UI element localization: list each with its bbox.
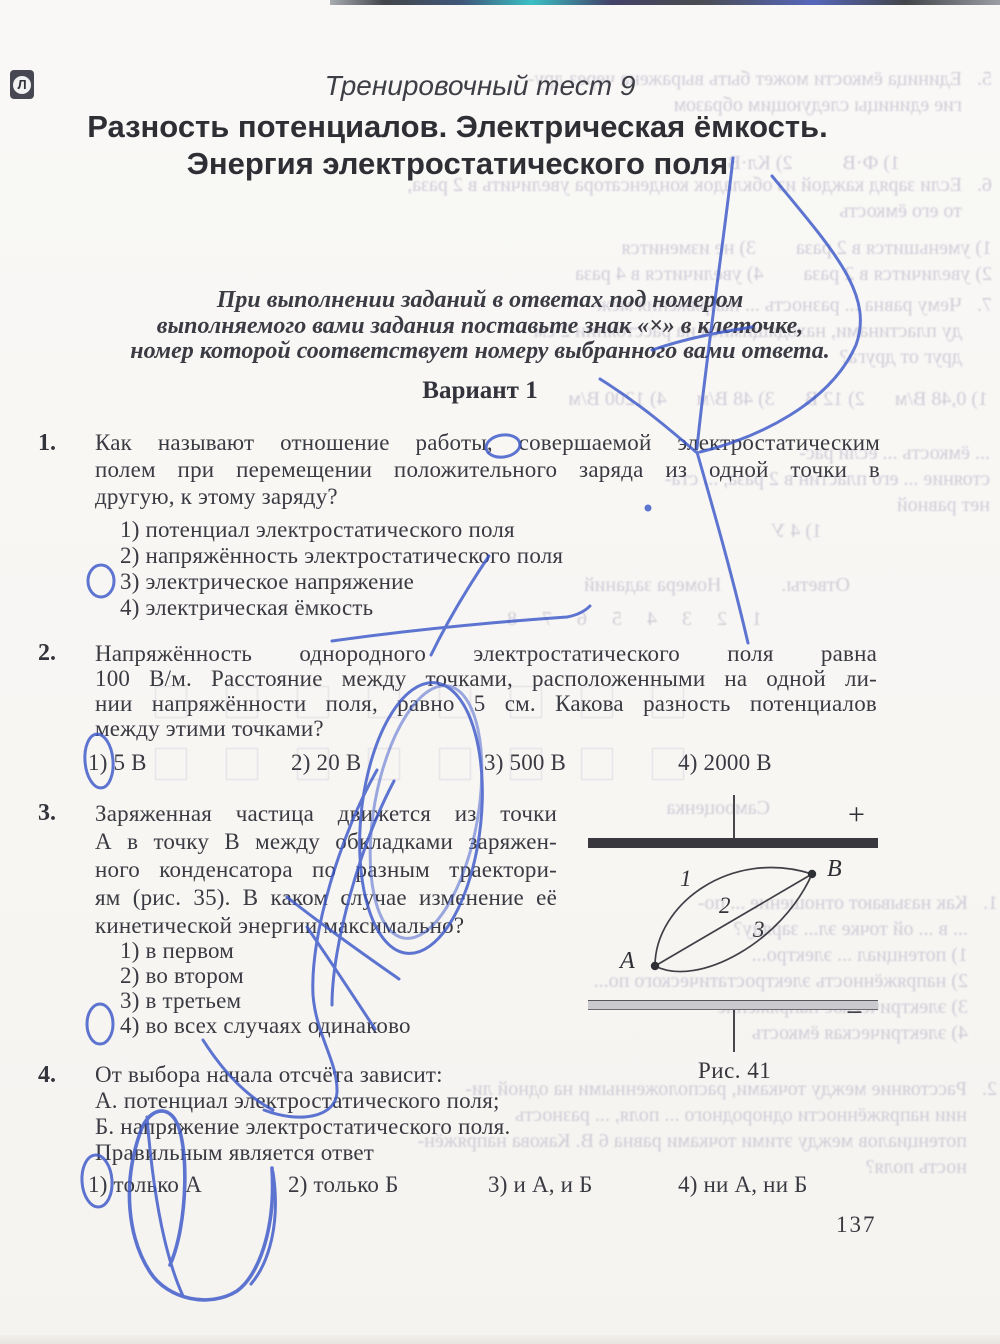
question-4-text: От выбора начала отсчёта зависит: xyxy=(95,1062,443,1088)
figure-caption: Рис. 41 xyxy=(698,1058,771,1084)
point-b-label: B xyxy=(827,856,842,883)
question-4-option-4: 4) ни А, ни Б xyxy=(678,1172,808,1198)
trajectory-1-label: 1 xyxy=(680,866,692,892)
point-a-label: A xyxy=(620,948,635,975)
trajectory-2-label: 2 xyxy=(719,893,731,919)
question-4-option-2: 2) только Б xyxy=(288,1172,398,1198)
question-4-number: 4. xyxy=(38,1062,78,1089)
question-4-text: А. потенциал электростатического поля; xyxy=(95,1088,500,1114)
question-4-text: Б. напряжение электростатического поля. xyxy=(95,1114,510,1140)
scanned-test-page: 5. Единица ёмкости может быть выражена ч… xyxy=(0,0,1000,1344)
point-a-dot xyxy=(651,962,659,970)
question-4-text: Правильным является ответ xyxy=(95,1140,374,1166)
question-4-option-3: 3) и А, и Б xyxy=(488,1172,593,1198)
question-4-option-1: 1) только А xyxy=(88,1172,202,1198)
point-b-dot xyxy=(808,870,816,878)
trajectory-3-label: 3 xyxy=(753,917,765,943)
page-number: 137 xyxy=(836,1212,877,1238)
